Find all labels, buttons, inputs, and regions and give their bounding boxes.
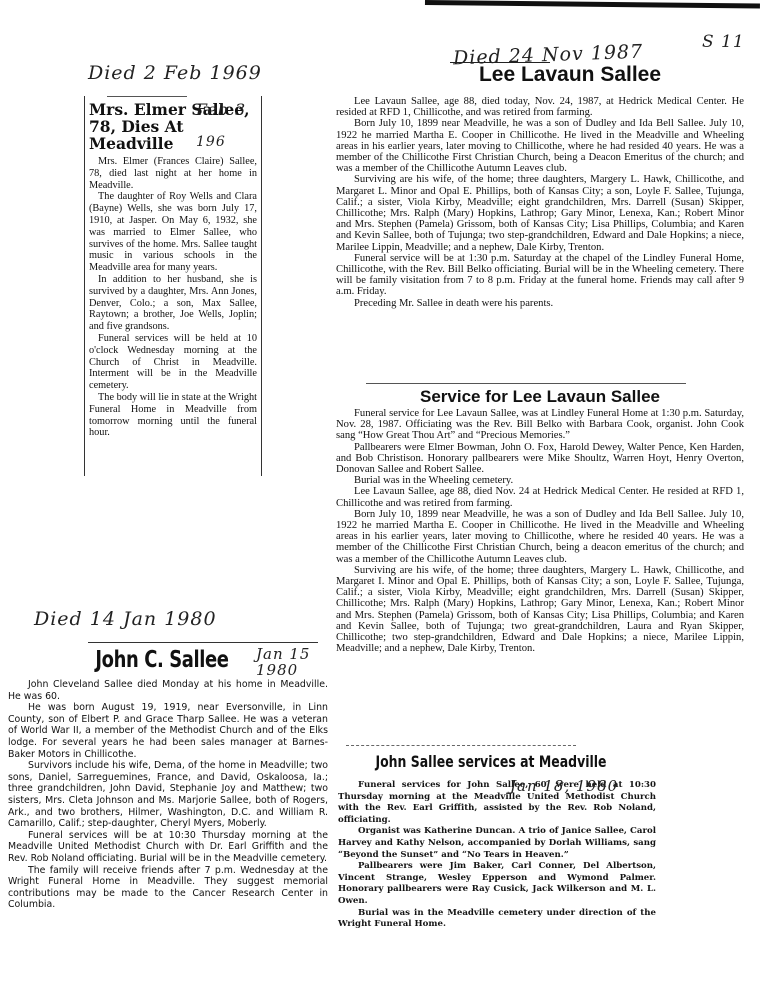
handwritten-note-john-date: Jan 15 1980 [256,646,316,678]
handwritten-note-john-death: Died 14 Jan 1980 [34,608,217,630]
paragraph: Organist was Katherine Duncan. A trio of… [338,826,656,861]
paragraph: Pallbearers were Jim Baker, Carl Conner,… [338,861,656,907]
clipping-john-sallee-services: John Sallee services at Meadville Funera… [338,745,656,931]
paragraph: Funeral services will be held at 10 o'cl… [89,333,257,392]
paragraph: Burial was in the Wheeling cemetery. [336,475,744,486]
handwritten-note-elmer-death: Died 2 Feb 1969 [88,62,262,84]
headline-lee-lavaun-sallee: Lee Lavaun Sallee [336,62,744,88]
headline-john-sallee-services: John Sallee services at Meadville [338,750,586,774]
clipping-john-c-sallee-obituary: John C. Sallee John Cleveland Sallee die… [8,642,328,911]
paragraph: Surviving are his wife, of the home; thr… [336,174,744,252]
scan-edge-shadow [425,0,760,9]
handwritten-note-elmer-date: Feb 3 [196,100,246,119]
clipping-lee-sallee-obituary: Lee Lavaun Sallee Lee Lavaun Sallee, age… [336,62,744,309]
paragraph: Surviving are his wife, of the home; thr… [336,565,744,655]
paragraph: Born July 10, 1899 near Meadville, he wa… [336,509,744,565]
handwritten-note-elmer-year: 196 [196,134,226,150]
paragraph: Lee Lavaun Sallee, age 88, died today, N… [336,96,744,118]
divider [366,383,686,384]
divider [88,642,318,643]
clipping-lee-sallee-service: Service for Lee Lavaun Sallee Funeral se… [336,383,744,654]
handwritten-note-john-services-date: Jan 18, 1980 [510,777,618,795]
paragraph: Funeral services will be at 10:30 Thursd… [8,830,328,865]
divider [450,62,550,63]
headline-john-c-sallee: John C. Sallee [8,645,258,675]
paragraph: Pallbearers were Elmer Bowman, John O. F… [336,442,744,476]
paragraph: Lee Lavaun Sallee, age 88, died Nov. 24 … [336,486,744,508]
paragraph: He was born August 19, 1919, near Everso… [8,702,328,760]
headline-service-for-lee: Service for Lee Lavaun Sallee [336,386,744,408]
paragraph: Preceding Mr. Sallee in death were his p… [336,298,744,309]
paragraph: The body will lie in state at the Wright… [89,392,257,439]
paragraph: Survivors include his wife, Dema, of the… [8,760,328,830]
paragraph: Funeral service will be at 1:30 p.m. Sat… [336,253,744,298]
handwritten-page-marker: S 11 [702,32,745,52]
paragraph: The family will receive friends after 7 … [8,865,328,911]
paragraph: John Cleveland Sallee died Monday at his… [8,679,328,702]
divider [107,96,187,97]
paragraph: The daughter of Roy Wells and Clara (Bay… [89,191,257,274]
paragraph: Mrs. Elmer (Frances Claire) Sallee, 78, … [89,156,257,191]
paragraph: Funeral service for Lee Lavaun Sallee, w… [336,408,744,442]
paragraph: Born July 10, 1899 near Meadville, he wa… [336,118,744,174]
divider [346,745,576,746]
clipping-elmer-sallee-obituary: Mrs. Elmer Sallee, 78, Dies At Meadville… [84,96,262,476]
paragraph: Burial was in the Meadville cemetery und… [338,908,656,931]
paragraph: In addition to her husband, she is survi… [89,274,257,333]
